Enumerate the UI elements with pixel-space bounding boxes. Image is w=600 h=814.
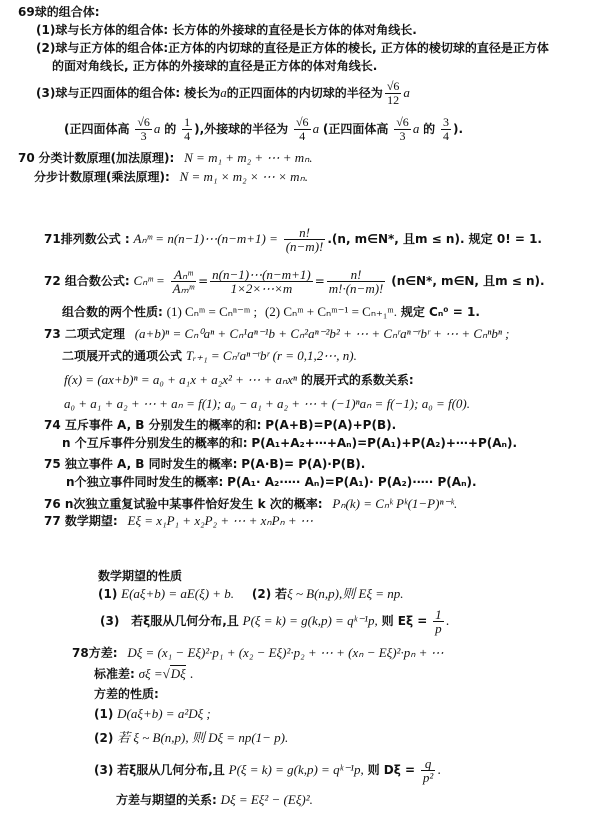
item3-a2: a <box>403 85 410 100</box>
prop-num: (1) <box>98 587 117 601</box>
std-radicand: Dξ <box>170 665 186 681</box>
frac-den: 4 <box>182 130 192 143</box>
independent-n-label: n个独立事件同时发生的概率: <box>66 475 223 489</box>
fraction-1-4: 14 <box>182 116 192 143</box>
prop-2: (2) Cₙᵐ + Cₙᵐ⁻¹ = Cₙ₊₁ᵐ. <box>265 304 397 319</box>
fraction-sqrt6-4: √64 <box>294 116 311 143</box>
combination-frac1: AₙᵐAₘᵐ <box>171 268 196 295</box>
frac-den: Aₘᵐ <box>171 282 196 295</box>
item3-mid: 的正四面体的内切球的半径为 <box>227 86 383 100</box>
permutation-label: 71排列数公式 : <box>44 232 130 246</box>
mutex-formula: P(A+B)=P(A)+P(B). <box>265 418 396 432</box>
fraction-3-4: 34 <box>441 116 451 143</box>
item3-fraction: √612 <box>385 80 402 107</box>
prop-num: (3) <box>100 614 119 628</box>
section-74-line2: n 个互斥事件分别发生的概率的和: P(A₁+A₂+⋯+Aₙ)=P(A₁)+P(… <box>62 435 517 451</box>
std-dev-line: 标准差: σξ =√Dξ . <box>94 666 193 682</box>
frac-num: √6 <box>394 116 411 130</box>
expectation-formula: Eξ = x₁P₁ + x₂P₂ + ⋯ + xₙPₙ + ⋯ <box>128 513 313 528</box>
section-69-item1: (1)球与长方体的组合体: 长方体的外接球的直径是长方体的体对角线长. <box>36 22 417 38</box>
prop-1: D(aξ+b) = a²Dξ ; <box>117 706 211 721</box>
coef-label: 的展开式的系数关系: <box>301 373 414 387</box>
section-73-coef-relations: a₀ + a₁ + a₂ + ⋯ + aₙ = f(1); a₀ − a₁ + … <box>64 396 470 412</box>
combination-frac3: n!m!·(n−m)! <box>327 268 386 295</box>
section-72: 72 组合数公式: Cₙᵐ = AₙᵐAₘᵐ=n(n−1)⋯(n−m+1)1×2… <box>44 268 545 295</box>
section-73-coefficients: f(x) = (ax+b)ⁿ = a₀ + a₁x + a₂x² + ⋯ + a… <box>64 372 414 388</box>
mutex-n-label: n 个互斥事件分别发生的概率的和: <box>62 436 248 450</box>
relation-label: 方差与期望的关系: <box>116 793 217 807</box>
multiplication-principle-label: 分步计数原理(乘法原理): <box>34 170 170 184</box>
expectation-props-title: 数学期望的性质 <box>98 568 182 584</box>
section-69-item3-line2: (正四面体高 √63a 的 14),外接球的半径为 √64a (正四面体高 √6… <box>64 116 463 143</box>
relation-formula: Dξ = Eξ² − (Eξ)². <box>221 792 313 807</box>
frac-den: 3 <box>394 130 411 143</box>
section-73-general-term: 二项展开式的通项公式 Tᵣ₊₁ = Cₙʳaⁿ⁻ʳbʳ (r = 0,1,2⋯,… <box>62 348 357 364</box>
combination-frac2: n(n−1)⋯(n−m+1)1×2×⋯×m <box>210 268 313 295</box>
geometric-formula: P(ξ = k) = g(k,p) = qᵏ⁻¹p, <box>243 613 378 628</box>
std-formula: σξ = <box>139 666 163 681</box>
frac-den: (n−m)! <box>284 240 326 253</box>
combination-properties: 组合数的两个性质: (1) Cₙᵐ = Cₙⁿ⁻ᵐ ; (2) Cₙᵐ + Cₙ… <box>62 304 480 320</box>
text: ),外接球的半径为 <box>194 122 288 136</box>
section-69-item2-line1: (2)球与正方体的组合体:正方体的内切球的直径是正方体的棱长, 正方体的棱切球的… <box>36 40 549 56</box>
permutation-fraction: n!(n−m)! <box>284 226 326 253</box>
frac-num: √6 <box>135 116 152 130</box>
expectation-props-line3: (3) 若ξ服从几何分布,且 P(ξ = k) = g(k,p) = qᵏ⁻¹p… <box>100 608 449 635</box>
frac-num: Aₙᵐ <box>171 268 196 282</box>
frac-num: 1 <box>433 608 444 622</box>
section-69-item3-line1: (3)球与正四面体的组合体: 棱长为a的正四面体的内切球的半径为√612a <box>36 80 410 107</box>
variance-formula: Dξ = (x₁ − Eξ)²·p₁ + (x₂ − Eξ)²·p₂ + ⋯ +… <box>127 645 443 660</box>
mutex-n-formula: P(A₁+A₂+⋯+Aₙ)=P(A₁)+P(A₂)+⋯+P(Aₙ). <box>251 436 517 450</box>
permutation-formula: Aₙᵐ = n(n−1)⋯(n−m+1) = <box>134 231 278 246</box>
var-a: a <box>313 121 320 136</box>
fraction-sqrt6-3b: √63 <box>394 116 411 143</box>
frac-den: 3 <box>135 130 152 143</box>
section-71: 71排列数公式 : Aₙᵐ = n(n−1)⋯(n−m+1) = n!(n−m)… <box>44 226 542 253</box>
frac-den: 12 <box>385 94 402 107</box>
bernoulli-label: 76 n次独立重复试验中某事件恰好发生 k 次的概率: <box>44 497 323 511</box>
prop-2: 若 ξ ~ B(n,p), 则 Dξ = np(1− p). <box>117 730 288 745</box>
frac-q-over-p2: qp² <box>421 757 435 784</box>
binomial-label: 73 二项式定理 <box>44 327 125 341</box>
expectation-label: 77 数学期望: <box>44 514 118 528</box>
variance-prop1: (1) D(aξ+b) = a²Dξ ; <box>94 706 211 722</box>
frac-num: 3 <box>441 116 451 130</box>
frac-den: p² <box>421 771 435 784</box>
item3-prefix: (3)球与正四面体的组合体: 棱长为 <box>36 86 220 100</box>
variance-label: 78方差: <box>72 646 118 660</box>
section-75-line1: 75 独立事件 A, B 同时发生的概率: P(A·B)= P(A)·P(B). <box>44 456 365 472</box>
multiplication-principle-formula: N = m₁ × m₂ × ⋯ × mₙ. <box>180 169 308 184</box>
bernoulli-formula: Pₙ(k) = Cₙᵏ Pᵏ(1−P)ⁿ⁻ᵏ. <box>332 496 457 511</box>
var-a: a <box>154 121 161 136</box>
text: 的 <box>423 122 435 136</box>
combination-conditions: (n∈N*, m∈N, 且m ≤ n). <box>391 274 544 288</box>
frac-den: 4 <box>294 130 311 143</box>
prop-num: (2) <box>252 587 271 601</box>
section-77: 77 数学期望: Eξ = x₁P₁ + x₂P₂ + ⋯ + xₙPₙ + ⋯ <box>44 513 313 529</box>
text: 的 <box>164 122 176 136</box>
addition-principle-formula: N = m₁ + m₂ + ⋯ + mₙ. <box>184 150 312 165</box>
frac-1-over-p: 1p <box>433 608 444 635</box>
section-69-item2-line2: 的面对角线长, 正方体的外接球的直径是正方体的体对角线长. <box>52 58 377 74</box>
expectation-props-line1: (1) E(aξ+b) = aE(ξ) + b. (2) 若ξ ~ B(n,p)… <box>98 586 404 602</box>
combination-label: 72 组合数公式: <box>44 274 130 288</box>
frac-num: n(n−1)⋯(n−m+1) <box>210 268 313 282</box>
section-75-line2: n个独立事件同时发生的概率: P(A₁· A₂·⋯· Aₙ)=P(A₁)· P(… <box>66 474 477 490</box>
section-69-heading: 69球的组合体: <box>18 4 100 20</box>
frac-num: √6 <box>385 80 402 94</box>
prop-1: (1) Cₙᵐ = Cₙⁿ⁻ᵐ ; <box>167 304 257 319</box>
props-label: 组合数的两个性质: <box>62 305 163 319</box>
text: ). <box>453 122 463 136</box>
rule: 规定 Cₙ⁰ = 1. <box>401 305 480 319</box>
variance-prop2: (2) 若 ξ ~ B(n,p), 则 Dξ = np(1− p). <box>94 730 288 746</box>
prop-1: E(aξ+b) = aE(ξ) + b. <box>121 586 234 601</box>
frac-num: q <box>421 757 435 771</box>
frac-den: 4 <box>441 130 451 143</box>
frac-num: 1 <box>182 116 192 130</box>
prop-3-then: 则 Eξ = <box>382 614 428 628</box>
frac-num: n! <box>284 226 326 240</box>
text: (正四面体高 <box>323 122 389 136</box>
frac-num: n! <box>327 268 386 282</box>
variance-expectation-relation: 方差与期望的关系: Dξ = Eξ² − (Eξ)². <box>116 792 313 808</box>
prop-2: ξ ~ B(n,p),则 Eξ = np. <box>287 586 403 601</box>
var-a: a <box>413 121 420 136</box>
variance-prop3: (3) 若ξ服从几何分布,且 P(ξ = k) = g(k,p) = qᵏ⁻¹p… <box>94 757 441 784</box>
text: (正四面体高 <box>64 122 130 136</box>
section-70-add: 70 分类计数原理(加法原理): N = m₁ + m₂ + ⋯ + mₙ. <box>18 150 313 166</box>
prop-num: (3) <box>94 763 113 777</box>
prop-num: (2) <box>94 731 113 745</box>
frac-den: m!·(n−m)! <box>327 282 386 295</box>
prop-3-then: 则 Dξ = <box>368 763 415 777</box>
general-term-label: 二项展开式的通项公式 <box>62 349 182 363</box>
section-73-binomial: 73 二项式定理 (a+b)ⁿ = Cₙ⁰aⁿ + Cₙ¹aⁿ⁻¹b + Cₙ²… <box>44 326 510 342</box>
section-78: 78方差: Dξ = (x₁ − Eξ)²·p₁ + (x₂ − Eξ)²·p₂… <box>72 645 444 661</box>
prop-3-pre: 若ξ服从几何分布,且 <box>117 763 225 777</box>
fraction-sqrt6-3: √63 <box>135 116 152 143</box>
permutation-conditions: .(n, m∈N*, 且m ≤ n). 规定 0! = 1. <box>327 232 542 246</box>
prop-3-pre: 若ξ服从几何分布,且 <box>131 614 239 628</box>
independent-n-formula: P(A₁· A₂·⋯· Aₙ)=P(A₁)· P(A₂)·⋯· P(Aₙ). <box>227 475 476 489</box>
section-70-mul: 分步计数原理(乘法原理): N = m₁ × m₂ × ⋯ × mₙ. <box>34 169 308 185</box>
section-74-line1: 74 互斥事件 A, B 分别发生的概率的和: P(A+B)=P(A)+P(B)… <box>44 417 396 433</box>
std-label: 标准差: <box>94 667 135 681</box>
mutex-label: 74 互斥事件 A, B 分别发生的概率的和: <box>44 418 261 432</box>
geometric-formula: P(ξ = k) = g(k,p) = qᵏ⁻¹p, <box>229 762 364 777</box>
independent-formula: P(A·B)= P(A)·P(B). <box>241 457 365 471</box>
frac-den: p <box>433 622 444 635</box>
section-number: 70 <box>18 151 35 165</box>
independent-label: 75 独立事件 A, B 同时发生的概率: <box>44 457 237 471</box>
sqrt-icon: √ <box>163 666 170 681</box>
addition-principle-label: 分类计数原理(加法原理): <box>39 151 175 165</box>
frac-den: 1×2×⋯×m <box>210 282 313 295</box>
general-term-formula: Tᵣ₊₁ = Cₙʳaⁿ⁻ʳbʳ (r = 0,1,2⋯, n). <box>186 348 357 363</box>
prop-num: (1) <box>94 707 113 721</box>
variance-props-title: 方差的性质: <box>94 686 159 702</box>
prop-2-pre: 若 <box>275 587 287 601</box>
binomial-formula: (a+b)ⁿ = Cₙ⁰aⁿ + Cₙ¹aⁿ⁻¹b + Cₙ²aⁿ⁻²b² + … <box>135 326 510 341</box>
frac-num: √6 <box>294 116 311 130</box>
combination-lhs: Cₙᵐ = <box>134 273 165 288</box>
section-76: 76 n次独立重复试验中某事件恰好发生 k 次的概率: Pₙ(k) = Cₙᵏ … <box>44 496 457 512</box>
expansion-formula: f(x) = (ax+b)ⁿ = a₀ + a₁x + a₂x² + ⋯ + a… <box>64 372 297 387</box>
